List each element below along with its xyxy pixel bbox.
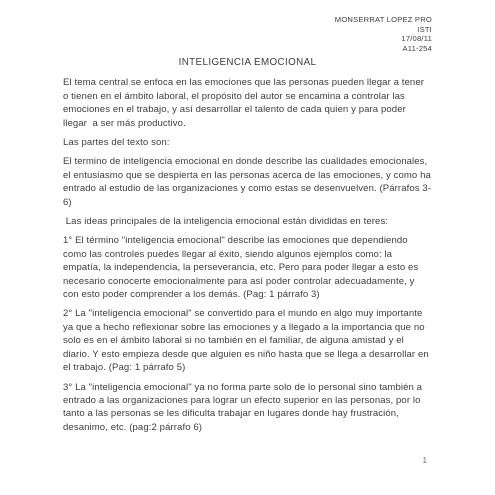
paragraph-parts-label: Las partes del texto son: [63,136,432,149]
page-number: 1 [423,456,427,465]
paragraph-idea-1: 1° El término "inteligencia emocional" d… [63,234,432,301]
document-header: MONSERRAT LOPEZ PRO ISTI 17/08/11 A11-25… [63,15,432,53]
document-page: MONSERRAT LOPEZ PRO ISTI 17/08/11 A11-25… [0,0,495,495]
paragraph-parts: El termino de inteligencia emocional en … [63,155,432,209]
paragraph-ideas-label: Las ideas principales de la inteligencia… [63,215,432,228]
paragraph-idea-2: 2° La "inteligencia emocional" se conver… [63,307,432,374]
document-content: MONSERRAT LOPEZ PRO ISTI 17/08/11 A11-25… [0,0,495,434]
header-author: MONSERRAT LOPEZ PRO [63,15,432,25]
document-title: INTELIGENCIA EMOCIONAL [63,57,432,68]
header-id: A11-254 [63,44,432,54]
paragraph-idea-3: 3° La "inteligencia emocional" ya no for… [63,381,432,435]
header-date: 17/08/11 [63,34,432,44]
paragraph-intro: El tema central se enfoca en las emocion… [63,76,432,130]
header-group: ISTI [63,25,432,35]
document-body: El tema central se enfoca en las emocion… [63,76,432,434]
